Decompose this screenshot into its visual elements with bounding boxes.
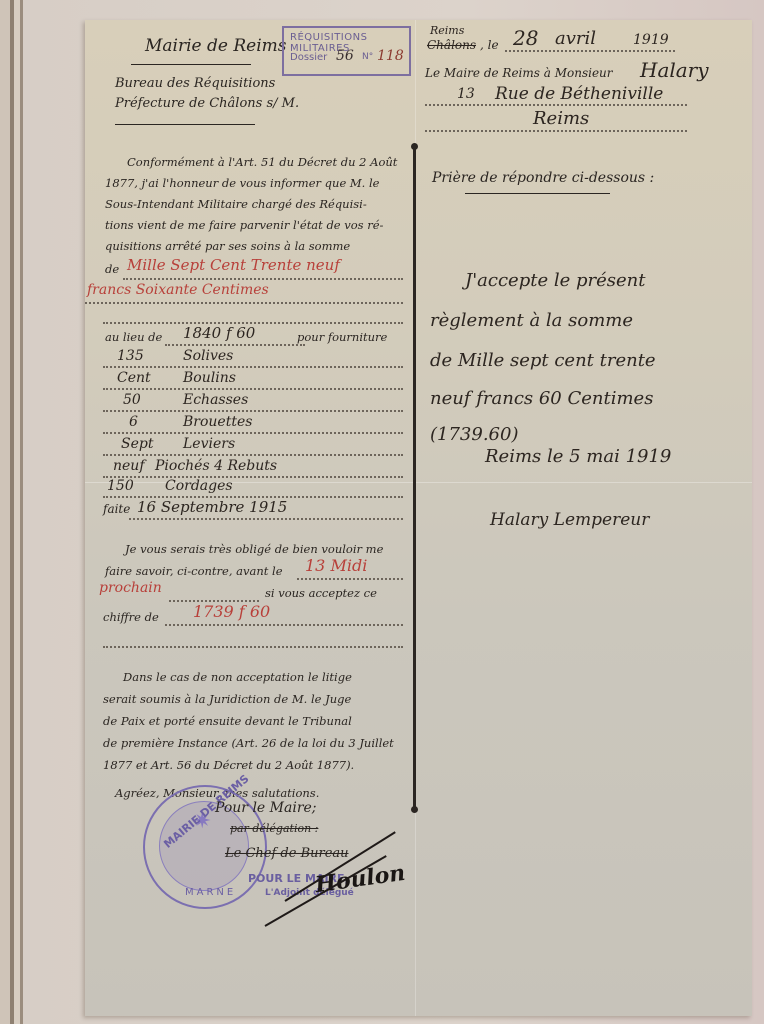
- item-dotted-line: [103, 366, 403, 368]
- divider-rule: [115, 124, 255, 125]
- chiffre-value: 1739 f 60: [193, 602, 270, 621]
- dispute-line: de première Instance (Art. 26 de la loi …: [103, 736, 394, 750]
- bureau-label: Bureau des Réquisitions: [115, 76, 275, 91]
- dispute-line: serait soumis à la Juridiction de M. le …: [103, 692, 351, 706]
- item-qty: 135: [117, 348, 144, 364]
- request-line: si vous acceptez ce: [265, 586, 377, 600]
- reply-line: de Mille sept cent trente: [430, 350, 656, 371]
- seal-bottom-text: MARNE: [185, 887, 236, 898]
- intro-line: tions vient de me faire parvenir l'état …: [105, 218, 383, 232]
- reply-line: règlement à la somme: [430, 310, 633, 331]
- pour-fourniture-label: pour fourniture: [297, 330, 387, 344]
- address-dotted-line: [425, 104, 687, 106]
- date-day: 28: [513, 26, 538, 50]
- amount-words-line2: francs Soixante Centimes: [87, 282, 269, 298]
- chef-de-bureau: Le Chef de Bureau: [225, 846, 349, 861]
- item-desc: Piochés 4 Rebuts: [155, 458, 277, 474]
- frame-edge: [0, 0, 10, 1024]
- addressee-name: Halary: [640, 58, 709, 82]
- request-line: Je vous serais très obligé de bien voulo…: [125, 542, 383, 556]
- faite-label: faite: [103, 502, 130, 516]
- addressee-prefix: Le Maire de Reims à Monsieur: [425, 66, 613, 80]
- pour-le-maire: Pour le Maire;: [215, 800, 317, 816]
- no-value: 118: [377, 48, 404, 64]
- item-qty: Cent: [117, 370, 151, 386]
- chiffre-label: chiffre de: [103, 610, 159, 624]
- request-prochain: prochain: [99, 580, 162, 596]
- reply-heading: Prière de répondre ci-dessous :: [432, 170, 654, 186]
- dossier-label: Dossier: [290, 52, 327, 63]
- item-desc: Solives: [183, 348, 233, 364]
- date-dotted-line: [505, 50, 675, 52]
- mairie-title: Mairie de Reims: [145, 36, 287, 56]
- place: Reims: [430, 24, 464, 37]
- au-lieu-de-label: au lieu de: [105, 330, 162, 344]
- item-qty: 6: [129, 414, 138, 430]
- item-desc: Boulins: [183, 370, 236, 386]
- reply-line: (1739.60): [430, 424, 518, 445]
- column-divider: [413, 148, 416, 808]
- dossier-value: 56: [336, 48, 354, 64]
- reply-line: J'accepte le présent: [465, 270, 645, 291]
- chiffre-dotted-line: [165, 624, 403, 626]
- divider-rule: [131, 64, 251, 65]
- amount-dotted-line: [85, 302, 403, 304]
- item-dotted-line: [103, 432, 403, 434]
- address-street: Rue de Bétheniville: [495, 84, 663, 104]
- intro-line: quisitions arrêté par ses soins à la som…: [105, 239, 350, 253]
- request-line: faire savoir, ci-contre, avant le: [105, 564, 283, 578]
- date-month: avril: [555, 28, 596, 49]
- item-qty: 150: [107, 478, 134, 494]
- item-desc: Echasses: [183, 392, 248, 408]
- item-desc: Cordages: [165, 478, 233, 494]
- intro-line: 1877, j'ai l'honneur de vous informer qu…: [105, 176, 379, 190]
- dispute-line: 1877 et Art. 56 du Décret du 2 Août 1877…: [103, 758, 354, 772]
- item-desc: Brouettes: [183, 414, 252, 430]
- date-year: 1919: [633, 32, 669, 48]
- faite-dotted-line: [129, 518, 403, 520]
- no-label: N°: [362, 52, 373, 62]
- request-dotted-line: [297, 578, 403, 580]
- address-number: 13: [457, 86, 475, 102]
- address-dotted-line: [425, 130, 687, 132]
- amount-dotted-line: [123, 278, 403, 280]
- blank-dotted-line: [103, 646, 403, 648]
- item-dotted-line: [103, 476, 403, 478]
- item-desc: Leviers: [183, 436, 235, 452]
- au-lieu-de-value: 1840 f 60: [183, 324, 255, 342]
- document-page: Mairie de Reims Bureau des Réquisitions …: [85, 20, 752, 1016]
- par-delegation: par délégation :: [230, 822, 318, 835]
- item-qty: 50: [123, 392, 141, 408]
- item-dotted-line: [103, 454, 403, 456]
- reply-date: Reims le 5 mai 1919: [485, 446, 671, 467]
- request-date: 13 Midi: [305, 556, 367, 575]
- divider-rule: [465, 193, 610, 194]
- address-city: Reims: [533, 108, 589, 129]
- prefecture-label: Préfecture de Châlons s/ M.: [115, 96, 299, 111]
- requisitions-stamp: RÉQUISITIONS MILITAIRES Dossier 56 N° 11…: [282, 26, 411, 76]
- amount-prefix: de: [105, 262, 119, 276]
- item-dotted-line: [103, 388, 403, 390]
- amount-words-line1: Mille Sept Cent Trente neuf: [127, 256, 340, 274]
- intro-line: Sous-Intendant Militaire chargé des Réqu…: [105, 197, 367, 211]
- au-lieu-de-dotted-line: [165, 344, 305, 346]
- place-crossed: Châlons: [427, 38, 476, 52]
- item-dotted-line: [103, 410, 403, 412]
- item-qty: Sept: [121, 436, 153, 452]
- item-qty: neuf: [113, 458, 145, 474]
- dispute-line: de Paix et porté ensuite devant le Tribu…: [103, 714, 352, 728]
- reply-signature: Halary Lempereur: [490, 510, 649, 530]
- reply-line: neuf francs 60 Centimes: [430, 388, 653, 409]
- date-prefix: , le: [480, 38, 499, 52]
- intro-line: Conformément à l'Art. 51 du Décret du 2 …: [127, 155, 397, 169]
- dispute-line: Dans le cas de non acceptation le litige: [123, 670, 352, 684]
- signature-houlon: Houlon: [314, 860, 407, 898]
- faite-value: 16 Septembre 1915: [137, 498, 287, 516]
